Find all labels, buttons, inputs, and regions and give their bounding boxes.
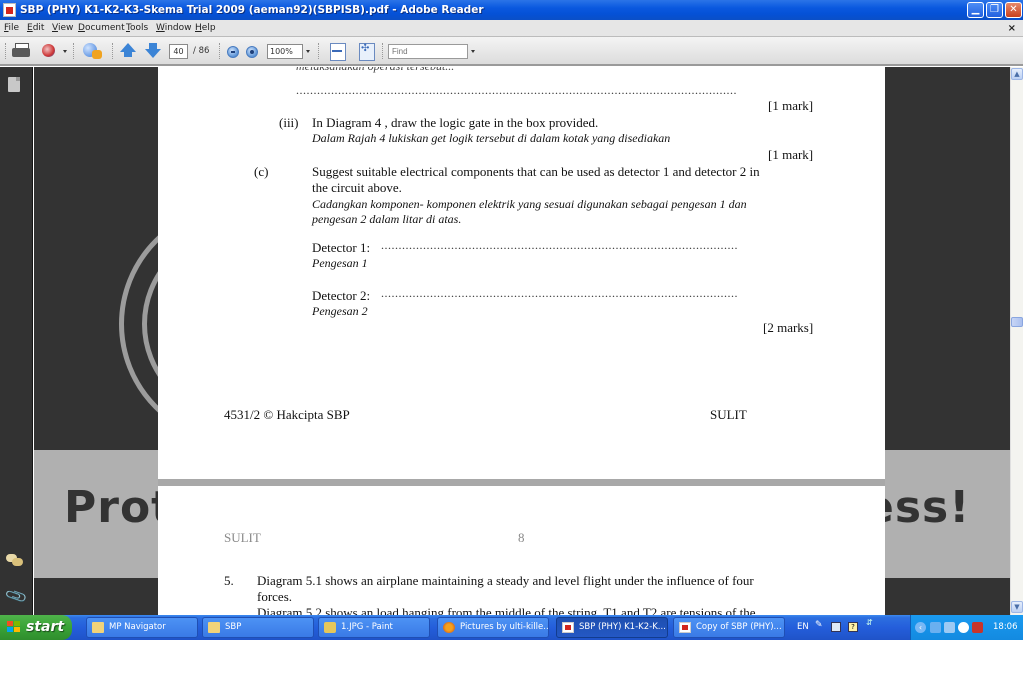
detector-2-answer-line: ........................................… bbox=[381, 286, 815, 301]
show-hidden-icons-button[interactable]: ‹ bbox=[915, 622, 926, 633]
collaborate-icon[interactable] bbox=[83, 42, 103, 60]
close-document-icon[interactable]: × bbox=[1008, 20, 1016, 37]
minimize-button[interactable]: ▁ bbox=[967, 2, 984, 18]
answer-line: ........................................… bbox=[296, 83, 819, 98]
toolbar-separator bbox=[73, 43, 74, 59]
share-icon[interactable] bbox=[40, 42, 58, 60]
taskbar-item-paint[interactable]: 1.JPG - Paint bbox=[318, 617, 430, 638]
next-page-icon[interactable] bbox=[145, 42, 161, 60]
share-dropdown-icon[interactable] bbox=[63, 50, 67, 53]
restore-button[interactable]: ❐ bbox=[986, 2, 1003, 18]
toolbar-separator bbox=[112, 43, 113, 59]
pdf-icon bbox=[679, 622, 691, 633]
find-dropdown-icon[interactable] bbox=[471, 50, 475, 53]
page-footer-copyright: 4531/2 © Hakcipta SBP bbox=[224, 407, 350, 422]
question-text-english: the circuit above. bbox=[312, 180, 402, 195]
pdf-icon bbox=[562, 622, 574, 633]
mark-label: [1 mark] bbox=[768, 98, 813, 113]
printer-icon[interactable] bbox=[12, 43, 30, 59]
taskbar-item-copy-pdf[interactable]: Copy of SBP (PHY)... bbox=[673, 617, 785, 638]
pen-icon[interactable]: ✎ bbox=[815, 620, 825, 630]
start-label: start bbox=[26, 619, 64, 635]
comments-icon[interactable] bbox=[6, 554, 23, 567]
windows-logo-icon bbox=[7, 621, 21, 634]
paint-icon bbox=[324, 622, 336, 633]
taskbar-item-label: Copy of SBP (PHY)... bbox=[696, 622, 782, 632]
menu-file[interactable]: File bbox=[4, 20, 19, 37]
scrollbar-thumb[interactable] bbox=[1011, 317, 1023, 327]
page-total: / 86 bbox=[193, 44, 209, 59]
question-text-malay: pengesan 2 dalam litar di atas. bbox=[312, 212, 461, 227]
messenger-icon[interactable] bbox=[958, 622, 969, 633]
detector-2-malay: Pengesan 2 bbox=[312, 304, 368, 319]
toolbar-separator bbox=[219, 43, 220, 59]
question-number: (iii) bbox=[279, 115, 299, 130]
taskbar-item-label: 1.JPG - Paint bbox=[341, 622, 393, 632]
find-input[interactable] bbox=[388, 44, 468, 59]
question-number: (c) bbox=[254, 164, 268, 179]
taskbar-item-mp-navigator[interactable]: MP Navigator bbox=[86, 617, 198, 638]
question-text-cut: Diagram 5.2 shows an load hanging from t… bbox=[257, 605, 755, 615]
language-bar-options-icon[interactable]: ⇵ bbox=[866, 618, 876, 628]
help-icon[interactable]: ? bbox=[848, 622, 858, 632]
taskbar-item-label: Pictures by ulti-kille... bbox=[460, 622, 549, 632]
taskbar-item-firefox[interactable]: Pictures by ulti-kille... bbox=[437, 617, 549, 638]
scroll-up-button[interactable]: ▲ bbox=[1011, 68, 1023, 80]
fit-page-icon[interactable] bbox=[330, 42, 344, 60]
vertical-scrollbar[interactable]: ▲ ▼ bbox=[1010, 67, 1023, 615]
toolbar-separator bbox=[318, 43, 319, 59]
menu-help[interactable]: Help bbox=[195, 20, 216, 37]
window-title: SBP (PHY) K1-K2-K3-Skema Trial 2009 (aem… bbox=[20, 0, 484, 20]
volume-icon[interactable] bbox=[944, 622, 955, 633]
question-text-english: In Diagram 4 , draw the logic gate in th… bbox=[312, 115, 598, 130]
system-tray: ‹ 18:06 bbox=[910, 615, 1023, 640]
taskbar-item-label: SBP bbox=[225, 622, 241, 632]
menu-tools[interactable]: Tools bbox=[126, 20, 148, 37]
network-icon[interactable] bbox=[930, 622, 941, 633]
zoom-level-select[interactable]: 100% bbox=[267, 44, 303, 59]
keyboard-icon[interactable] bbox=[831, 622, 841, 632]
question-number: 5. bbox=[224, 573, 234, 588]
taskbar-item-label: MP Navigator bbox=[109, 622, 166, 632]
page-number-input[interactable]: 40 bbox=[169, 44, 188, 59]
page-header-sulit: SULIT bbox=[224, 530, 261, 545]
page-separator bbox=[158, 479, 885, 486]
pages-icon[interactable] bbox=[8, 77, 20, 92]
toolbar-separator bbox=[382, 43, 383, 59]
folder-icon bbox=[208, 622, 220, 633]
background-banner-text-left: Prot bbox=[64, 482, 173, 533]
question-text: Diagram 5.1 shows an airplane maintainin… bbox=[257, 573, 754, 588]
navigation-pane: 📎 bbox=[0, 67, 33, 615]
page-number: 8 bbox=[518, 530, 525, 545]
zoom-dropdown-icon[interactable] bbox=[306, 50, 310, 53]
pdf-page: SULIT 8 5. Diagram 5.1 shows an airplane… bbox=[158, 486, 885, 615]
menu-edit[interactable]: Edit bbox=[27, 20, 44, 37]
cut-off-line: melaksanakan operasi tersebut... bbox=[296, 67, 454, 74]
language-indicator[interactable]: EN bbox=[797, 615, 809, 640]
window-title-bar[interactable]: SBP (PHY) K1-K2-K3-Skema Trial 2009 (aem… bbox=[0, 0, 1023, 20]
taskbar: start MP Navigator SBP 1.JPG - Paint Pic… bbox=[0, 615, 1023, 640]
menu-bar: File Edit View Document Tools Window Hel… bbox=[0, 20, 1023, 37]
toolbar-grip[interactable] bbox=[5, 43, 6, 59]
close-button[interactable]: ✕ bbox=[1005, 2, 1022, 18]
page-footer-sulit: SULIT bbox=[710, 407, 747, 422]
taskbar-item-sbp[interactable]: SBP bbox=[202, 617, 314, 638]
security-icon[interactable] bbox=[972, 622, 983, 633]
zoom-in-icon[interactable] bbox=[246, 46, 258, 58]
detector-1-answer-line: ........................................… bbox=[381, 238, 819, 253]
menu-window[interactable]: Window bbox=[156, 20, 192, 37]
question-text: forces. bbox=[257, 589, 292, 604]
menu-document[interactable]: Document bbox=[78, 20, 125, 37]
menu-view[interactable]: View bbox=[52, 20, 73, 37]
question-text-english: Suggest suitable electrical components t… bbox=[312, 164, 760, 179]
mark-label: [1 mark] bbox=[768, 147, 813, 162]
taskbar-item-adobe-reader-active[interactable]: SBP (PHY) K1-K2-K... bbox=[556, 617, 668, 638]
document-view[interactable]: Prot ess! melaksanakan operasi tersebut.… bbox=[34, 67, 1010, 615]
question-text-malay: Dalam Rajah 4 lukiskan get logik tersebu… bbox=[312, 131, 670, 146]
detector-2-label: Detector 2: bbox=[312, 288, 370, 303]
detector-1-label: Detector 1: bbox=[312, 240, 370, 255]
attachments-icon[interactable]: 📎 bbox=[4, 584, 29, 609]
folder-icon bbox=[92, 622, 104, 633]
full-screen-icon[interactable] bbox=[359, 42, 373, 60]
previous-page-icon[interactable] bbox=[120, 42, 136, 60]
adobe-reader-icon bbox=[3, 3, 16, 17]
scroll-down-button[interactable]: ▼ bbox=[1011, 601, 1023, 613]
clock[interactable]: 18:06 bbox=[993, 615, 1018, 640]
start-button[interactable]: start bbox=[0, 615, 72, 640]
taskbar-item-label: SBP (PHY) K1-K2-K... bbox=[579, 622, 666, 632]
zoom-out-icon[interactable] bbox=[227, 46, 239, 58]
toolbar: 40 / 86 100% bbox=[0, 37, 1023, 66]
mark-label: [2 marks] bbox=[763, 320, 813, 335]
pdf-page: melaksanakan operasi tersebut... .......… bbox=[158, 67, 885, 479]
detector-1-malay: Pengesan 1 bbox=[312, 256, 368, 271]
question-text-malay: Cadangkan komponen- komponen elektrik ya… bbox=[312, 197, 747, 212]
firefox-icon bbox=[443, 622, 455, 633]
desktop-screen: SBP (PHY) K1-K2-K3-Skema Trial 2009 (aem… bbox=[0, 0, 1023, 640]
